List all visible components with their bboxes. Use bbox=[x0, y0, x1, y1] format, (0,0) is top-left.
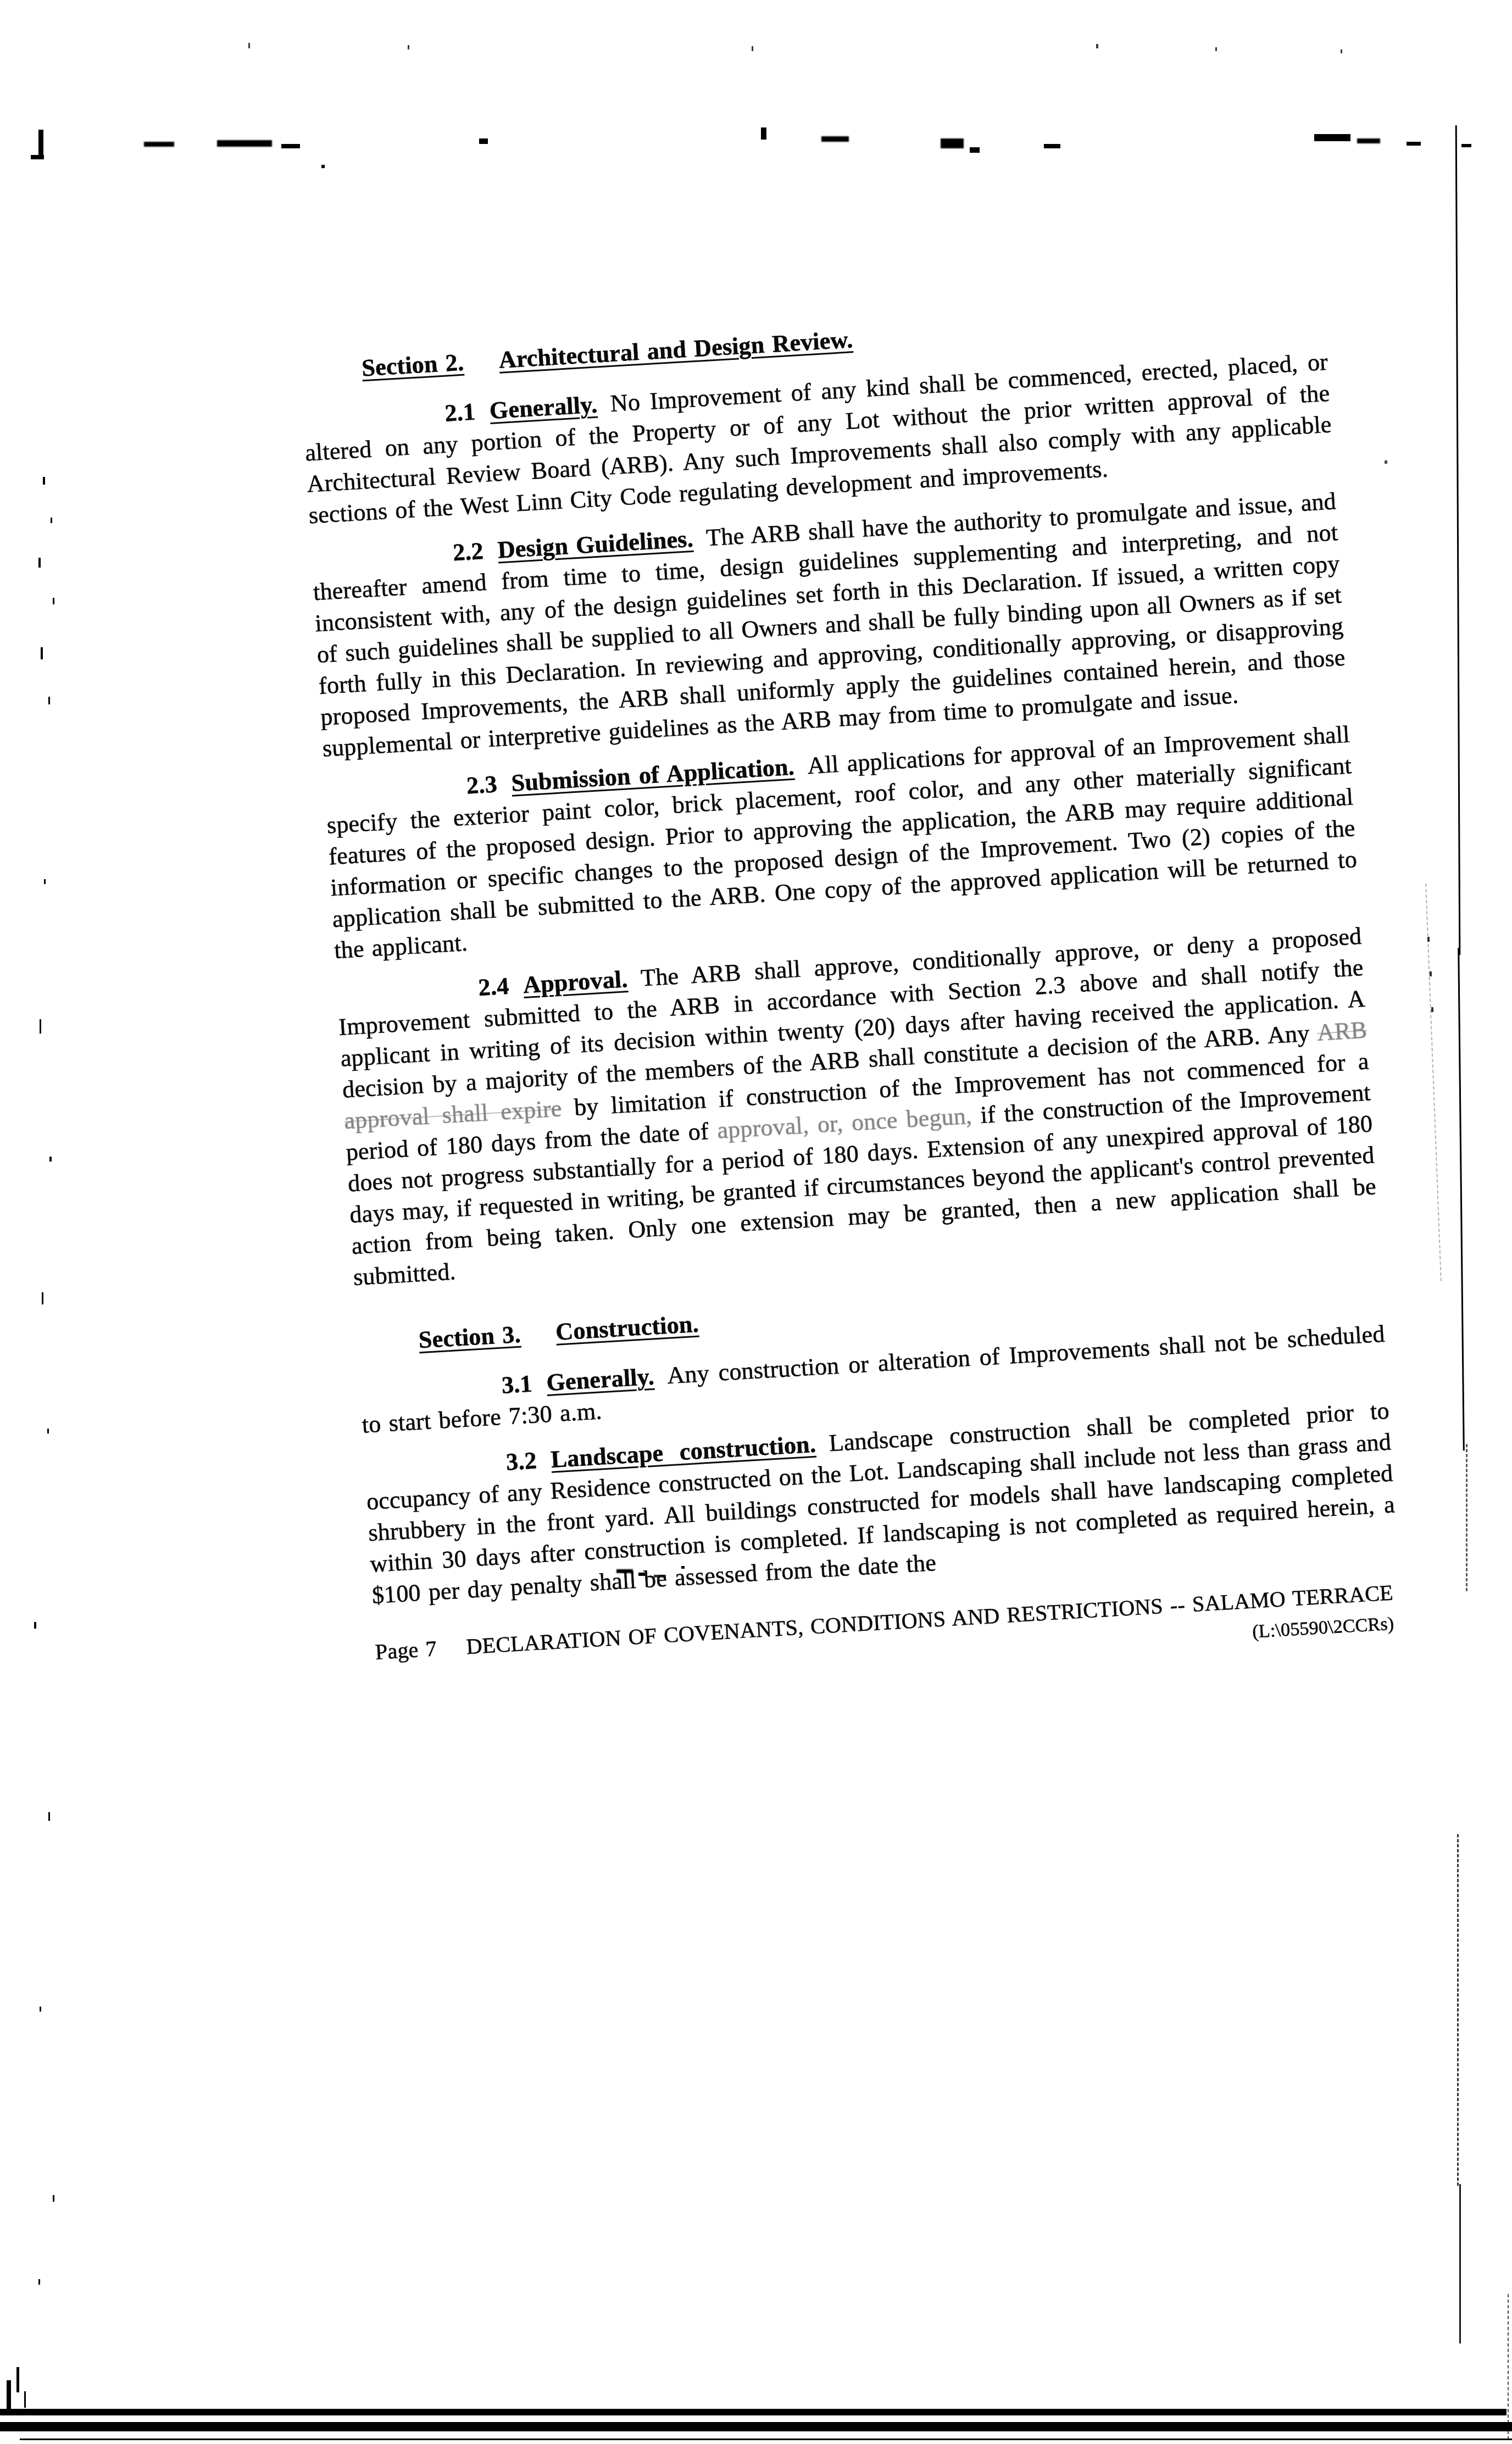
scan-artifact bbox=[1044, 144, 1060, 148]
document-page: Section 2.Architectural and Design Revie… bbox=[0, 0, 1512, 2444]
section-2-number: Section 2. bbox=[361, 349, 464, 382]
scan-artifact bbox=[217, 140, 272, 147]
scan-artifact bbox=[1357, 138, 1380, 143]
scan-artifact bbox=[616, 1569, 633, 1573]
scan-artifact bbox=[38, 2279, 40, 2285]
scan-artifact bbox=[1385, 460, 1387, 464]
scan-artifact bbox=[144, 142, 174, 147]
scan-artifact bbox=[1455, 125, 1461, 955]
scan-artifact bbox=[40, 1019, 41, 1034]
scan-artifact bbox=[48, 1812, 50, 1821]
scan-artifact bbox=[321, 165, 325, 168]
scan-artifact bbox=[1425, 884, 1442, 1281]
scan-artifact bbox=[1314, 134, 1350, 141]
scan-artifact bbox=[1458, 948, 1465, 1451]
scan-artifact bbox=[20, 2439, 1512, 2440]
scan-artifact bbox=[34, 1622, 36, 1629]
scan-artifact bbox=[31, 155, 44, 159]
paragraph-2-2-number: 2.2 bbox=[452, 537, 484, 566]
scan-artifact bbox=[1457, 1834, 1459, 2186]
scan-artifact bbox=[638, 1573, 645, 1576]
scan-artifact bbox=[654, 1575, 666, 1578]
scan-artifact bbox=[1096, 44, 1098, 48]
scan-artifact bbox=[7, 2380, 11, 2409]
scan-artifact bbox=[1461, 144, 1471, 147]
scan-artifact bbox=[43, 477, 45, 485]
scan-artifact bbox=[40, 2007, 41, 2012]
paragraph-3-2-number: 3.2 bbox=[505, 1447, 537, 1475]
scan-artifact bbox=[752, 46, 753, 51]
paragraph-2-4-title: Approval. bbox=[522, 965, 629, 998]
scan-artifact bbox=[0, 2422, 1512, 2431]
paragraph-2-2: 2.2Design Guidelines.The ARB shall have … bbox=[310, 485, 1348, 764]
scan-artifact bbox=[0, 2409, 1507, 2415]
paragraph-2-4-number: 2.4 bbox=[477, 973, 509, 1001]
scan-artifact bbox=[1215, 47, 1217, 51]
scan-artifact bbox=[42, 1292, 43, 1304]
scan-artifact bbox=[48, 697, 50, 704]
scan-artifact bbox=[16, 2367, 19, 2392]
scan-artifact bbox=[761, 127, 766, 140]
scan-artifact bbox=[41, 647, 43, 659]
scan-artifact bbox=[1508, 2294, 1509, 2440]
paragraph-2-1-title: Generally. bbox=[489, 391, 598, 424]
scan-artifact bbox=[49, 1157, 52, 1162]
paragraph-3-1-number: 3.1 bbox=[501, 1370, 533, 1398]
scan-artifact bbox=[821, 136, 849, 142]
paragraph-3-1-title: Generally. bbox=[546, 1363, 655, 1396]
section-3-number: Section 3. bbox=[418, 1321, 521, 1354]
scan-artifact bbox=[53, 2195, 54, 2202]
scan-artifact bbox=[51, 518, 52, 523]
scan-artifact bbox=[970, 147, 980, 153]
scan-artifact bbox=[47, 1429, 49, 1434]
scan-artifact bbox=[38, 558, 41, 568]
scan-artifact bbox=[44, 879, 46, 884]
paragraph-2-3-number: 2.3 bbox=[466, 770, 498, 799]
scan-artifact bbox=[1341, 49, 1342, 53]
paragraph-2-4: 2.4Approval.The ARB shall approve, condi… bbox=[336, 920, 1378, 1293]
section-2-title: Architectural and Design Review. bbox=[498, 326, 854, 374]
scan-artifact bbox=[53, 598, 54, 604]
scan-artifact bbox=[1431, 1007, 1433, 1012]
scan-artifact bbox=[479, 138, 488, 144]
paragraph-2-2-body: The ARB shall have the authority to prom… bbox=[313, 487, 1346, 762]
scan-artifact bbox=[681, 1566, 685, 1569]
scan-artifact bbox=[24, 2391, 26, 2408]
scan-artifact bbox=[941, 138, 964, 148]
scanned-text-block: Section 2.Architectural and Design Revie… bbox=[299, 296, 1404, 1718]
scan-artifact bbox=[1466, 1444, 1467, 1591]
scan-artifact bbox=[281, 144, 300, 148]
paragraph-2-1-number: 2.1 bbox=[444, 398, 476, 427]
scan-artifact bbox=[1459, 2184, 1461, 2343]
footer-page-number: Page 7 bbox=[375, 1636, 437, 1664]
scan-artifact bbox=[1430, 971, 1432, 976]
scan-artifact bbox=[408, 45, 409, 49]
scan-artifact bbox=[248, 43, 250, 48]
scan-artifact bbox=[1407, 142, 1421, 146]
section-3-title: Construction. bbox=[555, 1310, 699, 1346]
paragraph-2-3-body: All applications for approval of an Impr… bbox=[326, 721, 1358, 964]
